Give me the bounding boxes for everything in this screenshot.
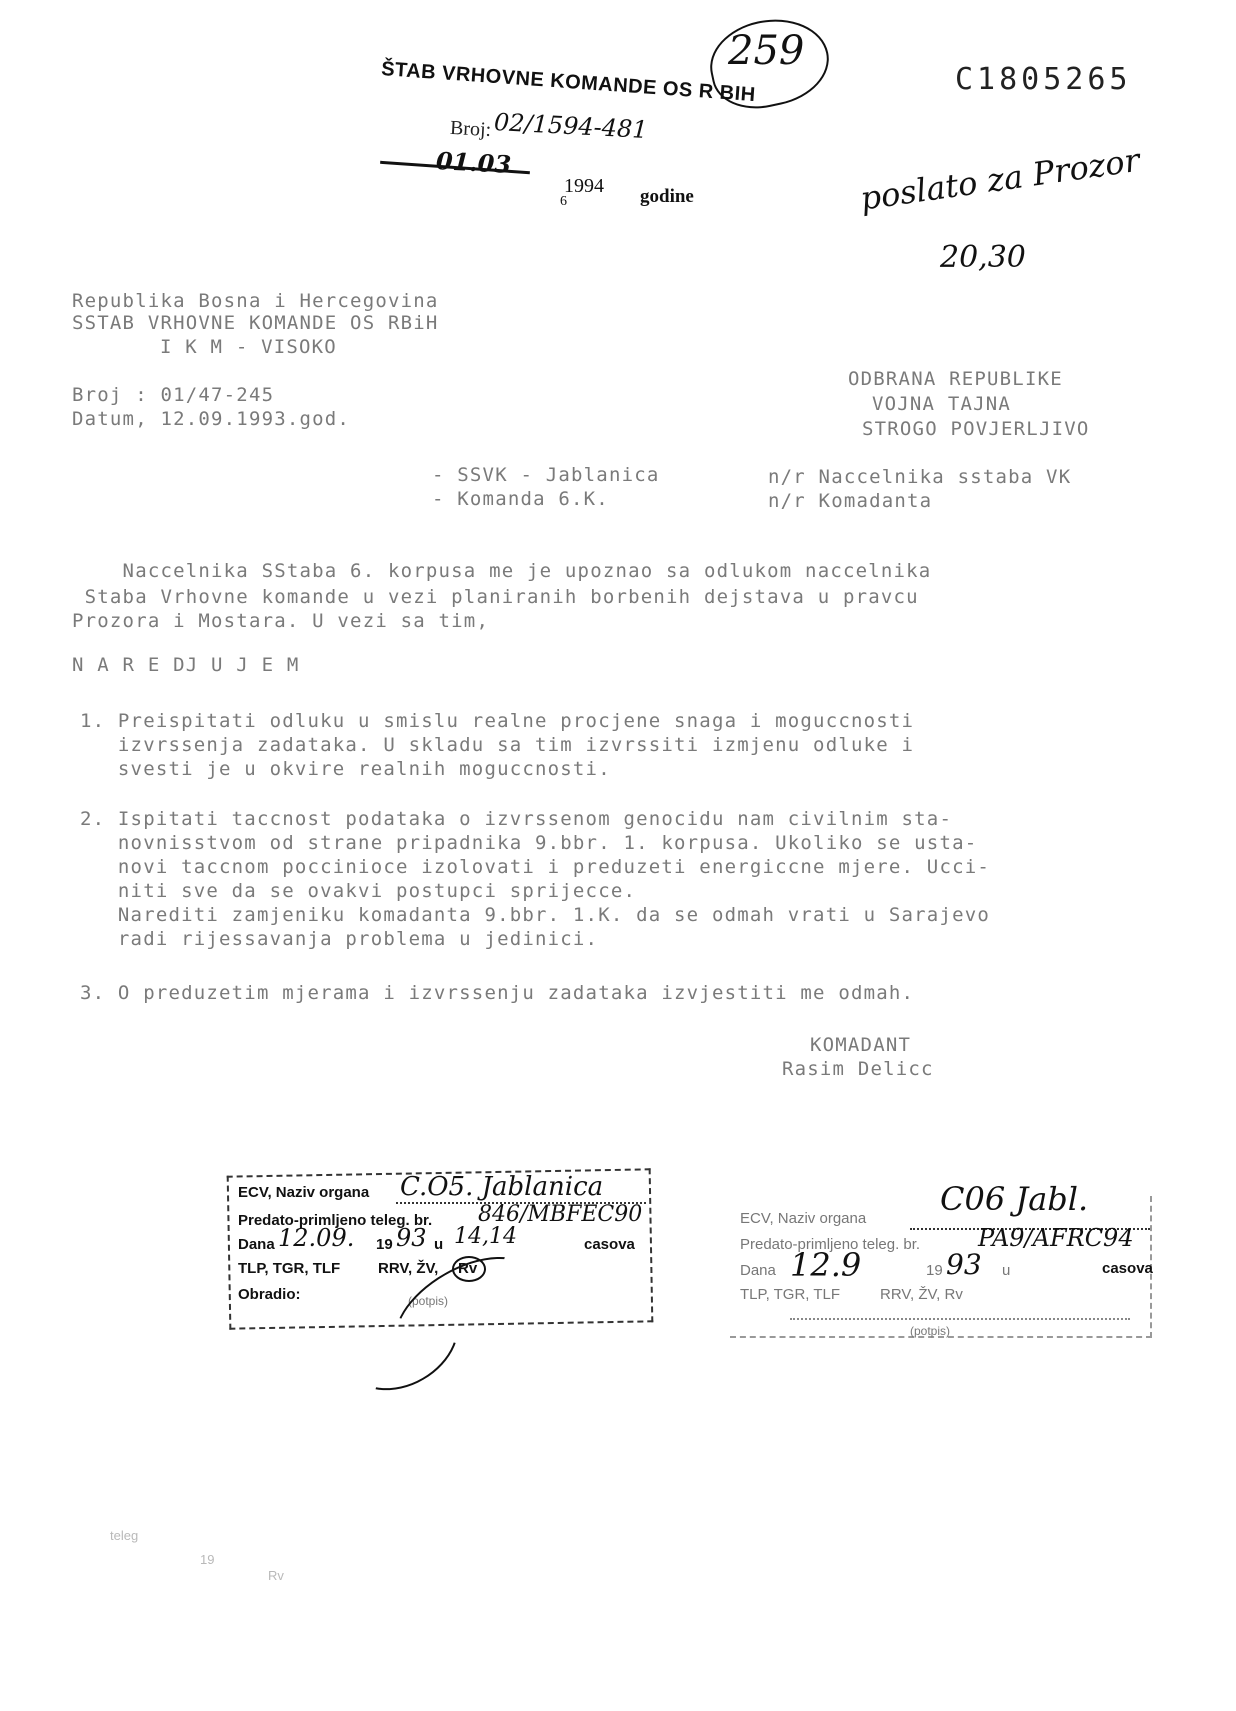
- faded-stamp-teleg: teleg: [110, 1528, 138, 1543]
- signature-title: KOMADANT: [810, 1034, 911, 1056]
- header-mark: 6: [560, 194, 567, 210]
- order-2-line: 2. Ispitati taccnost podataka o izvrssen…: [80, 808, 952, 830]
- order-1-line: 1. Preispitati odluku u smislu realne pr…: [80, 710, 914, 732]
- order-2-line: novi taccnom pocciniocе izolovati i pred…: [80, 856, 990, 878]
- reference-broj: Broj : 01/47-245: [72, 384, 274, 406]
- stamp-signature-line: [790, 1318, 1130, 1320]
- recipient-2-attention: n/r Komadanta: [768, 490, 932, 512]
- stamp-naziv-label: ECV, Naziv organa: [740, 1210, 866, 1227]
- signature-name: Rasim Delicc: [782, 1058, 934, 1080]
- header-date-value: 01.03: [435, 146, 512, 179]
- stamp-casova-label: casova: [584, 1236, 635, 1253]
- header-broj-value: 02/1594-481: [493, 108, 648, 144]
- faded-stamp-type: Rv: [268, 1568, 284, 1583]
- stamp-year-prefix: 19: [926, 1262, 943, 1279]
- reference-datum: Datum, 12.09.1993.god.: [72, 408, 350, 430]
- stamp-time-value: 14,14: [454, 1224, 517, 1249]
- document-code: C1805265: [955, 62, 1132, 97]
- stamp-types2-label: RRV, ŽV,: [378, 1260, 438, 1277]
- faded-stamp-year: 19: [200, 1552, 214, 1567]
- letterhead-line-2: SSTAB VRHOVNE KOMANDE OS RBiH: [72, 312, 439, 334]
- stamp-naziv-value: C06 Jabl.: [940, 1180, 1088, 1218]
- stamp-types2-label: RRV, ŽV, Rv: [880, 1286, 963, 1303]
- letterhead-line-1: Republika Bosna i Hercegovina: [72, 290, 439, 312]
- stamp-u-label: u: [434, 1236, 443, 1253]
- order-2-line: Narediti zamjeniku komadanta 9.bbr. 1.K.…: [80, 904, 990, 926]
- header-year: 1994: [564, 175, 604, 198]
- handwritten-time: 20,30: [940, 240, 1026, 275]
- classification-line-2: VOJNA TAJNA: [872, 393, 1011, 415]
- order-1-line: izvrssenja zadataka. U skladu sa tim izv…: [80, 734, 914, 756]
- stamp-naziv-label: ECV, Naziv organa: [238, 1184, 369, 1201]
- classification-line-1: ODBRANA REPUBLIKE: [848, 368, 1063, 390]
- stamp-year-value: 93: [396, 1224, 427, 1252]
- order-1-line: svesti je u okvire realnih moguccnosti.: [80, 758, 611, 780]
- order-2-line: niti sve da se ovakvi postupci sprijecce…: [80, 880, 636, 902]
- stamp-casova-label: casova: [1102, 1260, 1153, 1277]
- recipient-2: - Komanda 6.K.: [432, 488, 609, 510]
- intro-line: Stаba Vrhovne komande u vezi planiranih …: [72, 586, 919, 608]
- stamp-obradio-label: Obradio:: [238, 1286, 301, 1303]
- stamp-u-label: u: [1002, 1262, 1010, 1279]
- stamp-dana-value: 12.9: [790, 1246, 861, 1284]
- letterhead-line-3: I K M - VISOKO: [160, 336, 337, 358]
- stamp-types-label: TLP, TGR, TLF: [740, 1286, 840, 1303]
- order-heading: N A R E DJ U J E M: [72, 654, 300, 676]
- recipient-1: - SSVK - Jablanica: [432, 464, 660, 486]
- page-number: 259: [728, 28, 804, 74]
- order-2-line: novnisstvom od strane pripadnika 9.bbr. …: [80, 832, 977, 854]
- stamp-year-prefix: 19: [376, 1236, 393, 1253]
- stamp-types-label: TLP, TGR, TLF: [238, 1260, 340, 1277]
- stamp-teleg-value: PA9/AFRC94: [978, 1224, 1134, 1252]
- classification-line-3: STROGO POVJERLJIVO: [862, 418, 1090, 440]
- handwritten-note: poslato za Prozor: [858, 141, 1142, 218]
- stamp-year-value: 93: [946, 1248, 982, 1281]
- receipt-stamp-left: ECV, Naziv organa C.O5. Jablanica Predat…: [228, 1172, 658, 1332]
- order-3-line: 3. O preduzetim mjerama i izvrssenju zad…: [80, 982, 914, 1004]
- stamp-naziv-value: C.O5. Jablanica: [400, 1172, 603, 1202]
- stamp-potpis-label: (potpis): [910, 1324, 950, 1338]
- intro-line: Naccelnika SStaba 6. korpusa me je upozn…: [72, 560, 931, 582]
- intro-line: Prozora i Mostara. U vezi sa tim,: [72, 610, 489, 632]
- header-stamp-organization: ŠTAB VRHOVNE KOMANDE OS R BIH: [380, 58, 756, 107]
- order-2-line: radi rijessavanja problema u jedinici.: [80, 928, 598, 950]
- header-broj-label: Broj:: [449, 117, 491, 142]
- stamp-dana-label: Dana: [238, 1236, 275, 1253]
- stamp-dana-label: Dana: [740, 1262, 776, 1279]
- recipient-1-attention: n/r Naccelnika sstaba VK: [768, 466, 1071, 488]
- header-godine-label: godine: [640, 186, 694, 208]
- receipt-stamp-right: ECV, Naziv organa C06 Jabl. Predato-prim…: [730, 1196, 1160, 1346]
- stamp-dana-value: 12.09.: [278, 1224, 354, 1252]
